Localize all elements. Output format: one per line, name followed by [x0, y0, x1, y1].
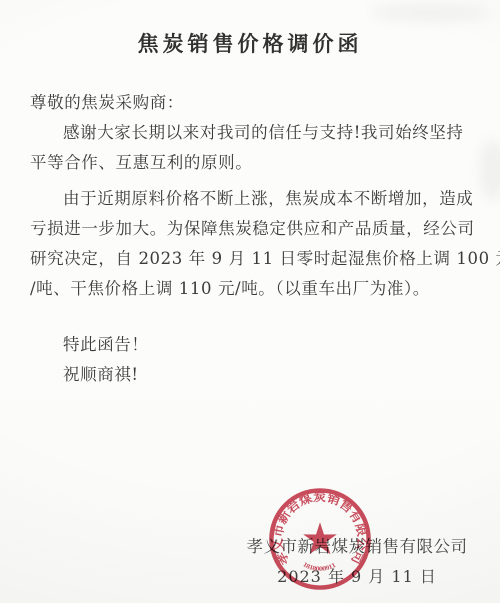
closing-notice: 特此函告！ — [30, 330, 470, 360]
body-line: 研究决定，自 2023 年 9 月 11 日零时起湿焦价格上调 100 元 — [30, 244, 470, 274]
scan-artifact — [480, 140, 500, 200]
document-title: 焦炭销售价格调价函 — [30, 30, 470, 58]
salutation: 尊敬的焦炭采购商： — [30, 88, 470, 118]
signature-block: 孝义市新岩煤炭销售有限公司 2023 年 9 月 11 日 — [184, 532, 500, 592]
body-line: 由于近期原料价格不断上涨，焦炭成本不断增加，造成 — [30, 184, 470, 214]
document-page: 焦炭销售价格调价函 尊敬的焦炭采购商： 感谢大家长期以来对我司的信任与支持!我司… — [0, 0, 500, 603]
body-text: 感谢大家长期以来对我司的信任与支持!我司始终坚持 平等合作、互惠互利的原则。 由… — [30, 118, 470, 304]
body-line: 平等合作、互惠互利的原则。 — [30, 148, 470, 178]
body-line: /吨、干焦价格上调 110 元/吨。（以重车出厂为准）。 — [30, 274, 470, 304]
closing-wishes: 祝顺商祺! — [30, 360, 470, 390]
signature-company-name: 孝义市新岩煤炭销售有限公司 — [184, 532, 500, 562]
body-line: 感谢大家长期以来对我司的信任与支持!我司始终坚持 — [30, 118, 470, 148]
signature-date: 2023 年 9 月 11 日 — [184, 562, 500, 592]
body-line: 亏损进一步加大。为保障焦炭稳定供应和产品质量，经公司 — [30, 214, 470, 244]
scan-artifact — [370, 4, 490, 22]
